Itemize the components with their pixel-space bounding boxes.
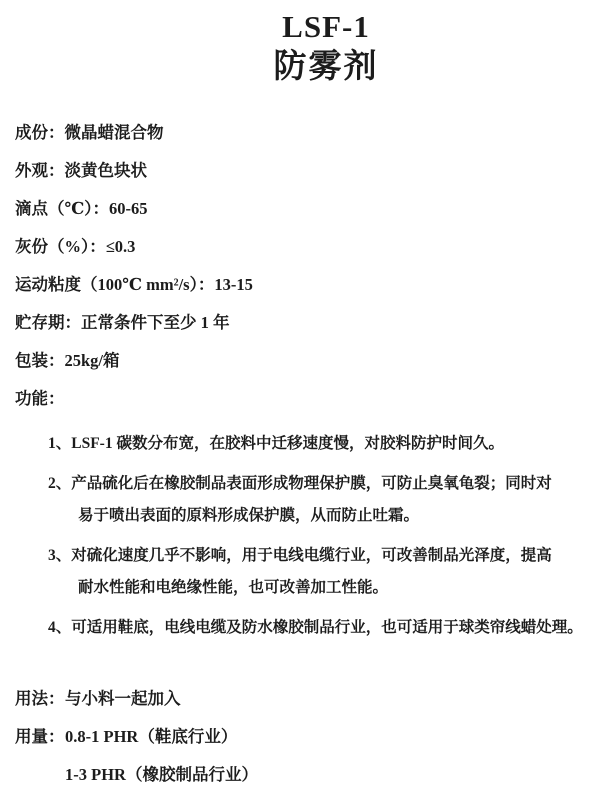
- functions-list: 1、LSF-1 碳数分布宽，在胶料中迁移速度慢，对胶料防护时间久。 2、产品硫化…: [15, 428, 594, 644]
- usage-row: 用法： 与小料一起加入: [15, 690, 594, 707]
- product-code-title: LSF-1: [52, 8, 600, 46]
- document-body: 成份：微晶蜡混合物 外观：淡黄色块状 滴点（℃）：60-65 灰份（%）：≤0.…: [0, 124, 600, 783]
- dosage-row: 用量： 0.8-1 PHR（鞋底行业）: [15, 728, 594, 745]
- spec-ash-content: 灰份（%）：≤0.3: [15, 238, 594, 255]
- spec-composition: 成份：微晶蜡混合物: [15, 124, 594, 141]
- dosage-row-2: 1-3 PHR（橡胶制品行业）: [15, 766, 594, 783]
- function-item: 2、产品硫化后在橡胶制品表面形成物理保护膜，可防止臭氧龟裂；同时对 易于喷出表面…: [15, 468, 594, 532]
- spec-kinematic-viscosity: 运动粘度（100℃ mm²/s）：13-15: [15, 276, 594, 293]
- dosage-label-spacer: [15, 766, 65, 783]
- function-item: 3、对硫化速度几乎不影响，用于电线电缆行业，可改善制品光泽度，提高 耐水性能和电…: [15, 540, 594, 604]
- title-block: LSF-1 防雾剂: [0, 8, 600, 88]
- dosage-label: 用量：: [15, 728, 65, 745]
- spec-appearance: 外观：淡黄色块状: [15, 162, 594, 179]
- functions-heading: 功能：: [15, 390, 594, 407]
- dosage-value-rubber-products: 1-3 PHR（橡胶制品行业）: [65, 766, 594, 783]
- function-item: 1、LSF-1 碳数分布宽，在胶料中迁移速度慢，对胶料防护时间久。: [15, 428, 594, 460]
- usage-dosage-block: 用法： 与小料一起加入 用量： 0.8-1 PHR（鞋底行业） 1-3 PHR（…: [15, 690, 594, 783]
- product-name-title: 防雾剂: [52, 46, 600, 88]
- spec-packaging: 包装：25kg/箱: [15, 352, 594, 369]
- spec-drop-point: 滴点（℃）：60-65: [15, 200, 594, 217]
- document-page: LSF-1 防雾剂 成份：微晶蜡混合物 外观：淡黄色块状 滴点（℃）：60-65…: [0, 0, 600, 794]
- function-item: 4、可适用鞋底，电线电缆及防水橡胶制品行业，也可适用于球类帘线蜡处理。: [15, 612, 594, 644]
- usage-value: 与小料一起加入: [65, 690, 594, 707]
- dosage-value-shoe-sole: 0.8-1 PHR（鞋底行业）: [65, 728, 594, 745]
- usage-label: 用法：: [15, 690, 65, 707]
- spec-shelf-life: 贮存期：正常条件下至少 1 年: [15, 314, 594, 331]
